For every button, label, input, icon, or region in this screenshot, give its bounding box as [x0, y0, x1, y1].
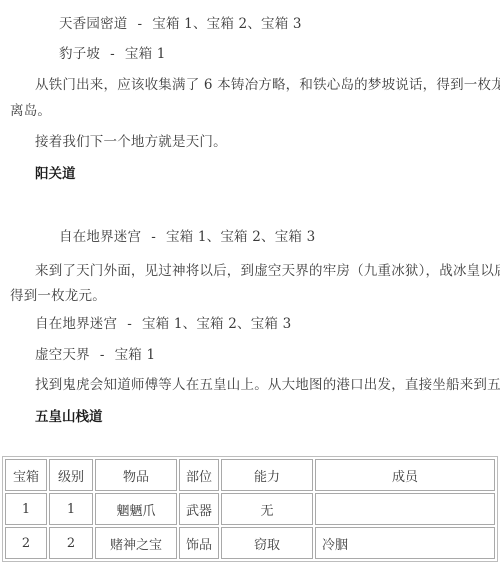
chest-list: 宝箱 1、宝箱 2、宝箱 3 — [142, 316, 291, 332]
location-name: 豹子坡 — [59, 46, 100, 62]
cell-ability: 窃取 — [221, 527, 313, 559]
table-row: 2 2 赌神之宝 饰品 窃取 冷胭 — [5, 527, 495, 559]
cell-slot: 武器 — [179, 493, 219, 525]
separator: - — [138, 16, 143, 33]
separator: - — [127, 316, 132, 333]
paragraph-line: 来到了天门外面，见过神将以后，到虚空天界的牢房（九重冰狱），战冰皇以后剧情。 — [35, 263, 500, 280]
table-row: 1 1 魍魉爪 武器 无 — [5, 493, 495, 525]
section-heading: 阳关道 — [35, 166, 76, 183]
location-name: 自在地界迷宫 — [35, 316, 117, 332]
table-header-row: 宝箱 级别 物品 部位 能力 成员 — [5, 459, 495, 491]
chest-list: 宝箱 1 — [115, 347, 156, 363]
header-cell-level: 级别 — [49, 459, 93, 491]
header-cell-item: 物品 — [95, 459, 177, 491]
cell-item: 魍魉爪 — [95, 493, 177, 525]
chest-location-line: 虚空天界-宝箱 1 — [35, 347, 155, 364]
chest-location-line: 豹子坡-宝箱 1 — [59, 46, 166, 63]
chest-list: 宝箱 1 — [125, 46, 166, 62]
separator: - — [110, 46, 115, 63]
header-cell-slot: 部位 — [179, 459, 219, 491]
chest-location-line: 自在地界迷宫-宝箱 1、宝箱 2、宝箱 3 — [35, 316, 291, 333]
cell-level: 1 — [49, 493, 93, 525]
treasure-table: 宝箱 级别 物品 部位 能力 成员 1 1 魍魉爪 武器 无 2 2 赌神之宝 … — [2, 456, 498, 562]
cell-chest: 2 — [5, 527, 47, 559]
chest-list: 宝箱 1、宝箱 2、宝箱 3 — [166, 229, 315, 245]
paragraph-line: 得到一枚龙元。 — [10, 288, 106, 305]
cell-ability: 无 — [221, 493, 313, 525]
header-cell-ability: 能力 — [221, 459, 313, 491]
chest-list: 宝箱 1、宝箱 2、宝箱 3 — [152, 16, 301, 32]
paragraph-line: 找到鬼虎会知道师傅等人在五皇山上。从大地图的港口出发，直接坐船来到五皇山。 — [35, 377, 500, 394]
location-name: 虚空天界 — [35, 347, 90, 363]
paragraph-line: 接着我们下一个地方就是天门。 — [35, 134, 227, 151]
cell-chest: 1 — [5, 493, 47, 525]
cell-member — [315, 493, 495, 525]
cell-item: 赌神之宝 — [95, 527, 177, 559]
chest-location-line: 自在地界迷宫-宝箱 1、宝箱 2、宝箱 3 — [59, 229, 315, 246]
cell-slot: 饰品 — [179, 527, 219, 559]
header-cell-member: 成员 — [315, 459, 495, 491]
cell-level: 2 — [49, 527, 93, 559]
location-name: 自在地界迷宫 — [59, 229, 141, 245]
header-cell-chest: 宝箱 — [5, 459, 47, 491]
chest-location-line: 天香园密道-宝箱 1、宝箱 2、宝箱 3 — [59, 16, 302, 33]
separator: - — [151, 229, 156, 246]
separator: - — [100, 347, 105, 364]
paragraph-line: 离岛。 — [10, 103, 51, 120]
location-name: 天香园密道 — [59, 16, 128, 32]
cell-member: 冷胭 — [315, 527, 495, 559]
paragraph-line: 从铁门出来，应该收集满了 6 本铸冶方略，和铁心岛的梦坡说话，得到一枚龙元，然后 — [35, 77, 500, 94]
section-heading: 五皇山栈道 — [35, 409, 103, 426]
